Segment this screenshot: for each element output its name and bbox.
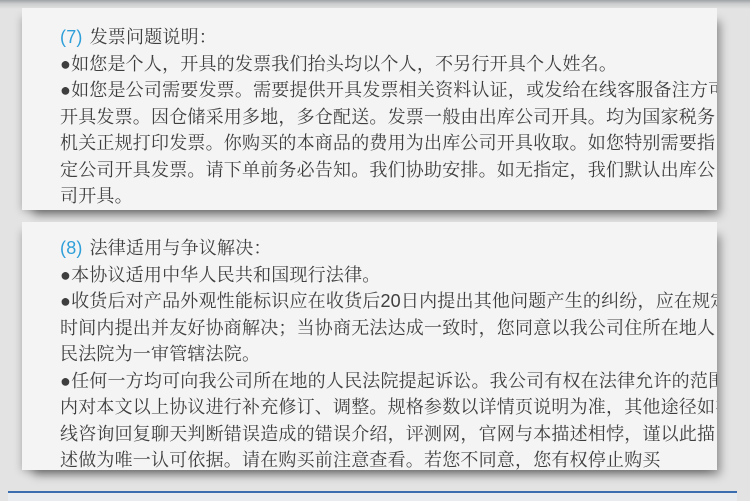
text-line: 司开具。 (60, 183, 709, 210)
text-line: 民法院为一审管辖法院。 (60, 341, 709, 368)
text-line: ●本协议适用中华人民共和国现行法律。 (60, 262, 709, 289)
text-line: 述做为唯一认可依据。请在购买前注意查看。若您不同意，您有权停止购买 (60, 447, 709, 470)
section-number: (7) (60, 27, 83, 47)
text-line: 机关正规打印发票。你购买的本商品的费用为出库公司开具收取。如您特别需要指 (60, 130, 709, 157)
text-line: 定公司开具发票。请下单前务必告知。我们协助安排。如无指定，我们默认出库公 (60, 157, 709, 184)
section-title: 发票问题说明： (90, 27, 217, 47)
text-line: 开具发票。因仓储采用多地，多仓配送。发票一般由出库公司开具。均为国家税务 (60, 104, 709, 131)
legal-dispute-card: (8)法律适用与争议解决： ●本协议适用中华人民共和国现行法律。●收货后对产品外… (22, 222, 717, 470)
text-line: 时间内提出并友好协商解决；当协商无法达成一致时，您同意以我公司住所在地人 (60, 315, 709, 342)
text-line: 内对本文以上协议进行补充修订、调整。规格参数以详情页说明为准，其他途径如在 (60, 394, 709, 421)
text-line: ●任何一方均可向我公司所在地的人民法院提起诉讼。我公司有权在法律允许的范围 (60, 368, 709, 395)
text-line: ●如您是公司需要发票。需要提供开具发票相关资料认证，或发给在线客服备注方可 (60, 77, 709, 104)
section-heading: (7)发票问题说明： (60, 24, 709, 51)
text-line: ●收货后对产品外观性能标识应在收货后20日内提出其他问题产生的纠纷，应在规定 (60, 288, 709, 315)
next-section-top-border (8, 491, 737, 501)
section-text: ●如您是个人，开具的发票我们抬头均以个人，不另行开具个人姓名。●如您是公司需要发… (60, 51, 709, 210)
legal-dispute-body: (8)法律适用与争议解决： ●本协议适用中华人民共和国现行法律。●收货后对产品外… (22, 222, 717, 470)
text-line: ●如您是个人，开具的发票我们抬头均以个人，不另行开具个人姓名。 (60, 51, 709, 78)
section-number: (8) (60, 238, 83, 258)
section-text: ●本协议适用中华人民共和国现行法律。●收货后对产品外观性能标识应在收货后20日内… (60, 262, 709, 471)
section-heading: (8)法律适用与争议解决： (60, 235, 709, 262)
text-line: 线咨询回复聊天判断错误造成的错误介绍，评测网，官网与本描述相悖，谨以此描 (60, 421, 709, 448)
invoice-notes-body: (7)发票问题说明： ●如您是个人，开具的发票我们抬头均以个人，不另行开具个人姓… (22, 8, 717, 210)
terms-page-background: (7)发票问题说明： ●如您是个人，开具的发票我们抬头均以个人，不另行开具个人姓… (0, 0, 750, 501)
invoice-notes-card: (7)发票问题说明： ●如您是个人，开具的发票我们抬头均以个人，不另行开具个人姓… (22, 8, 717, 210)
section-title: 法律适用与争议解决： (90, 238, 272, 258)
